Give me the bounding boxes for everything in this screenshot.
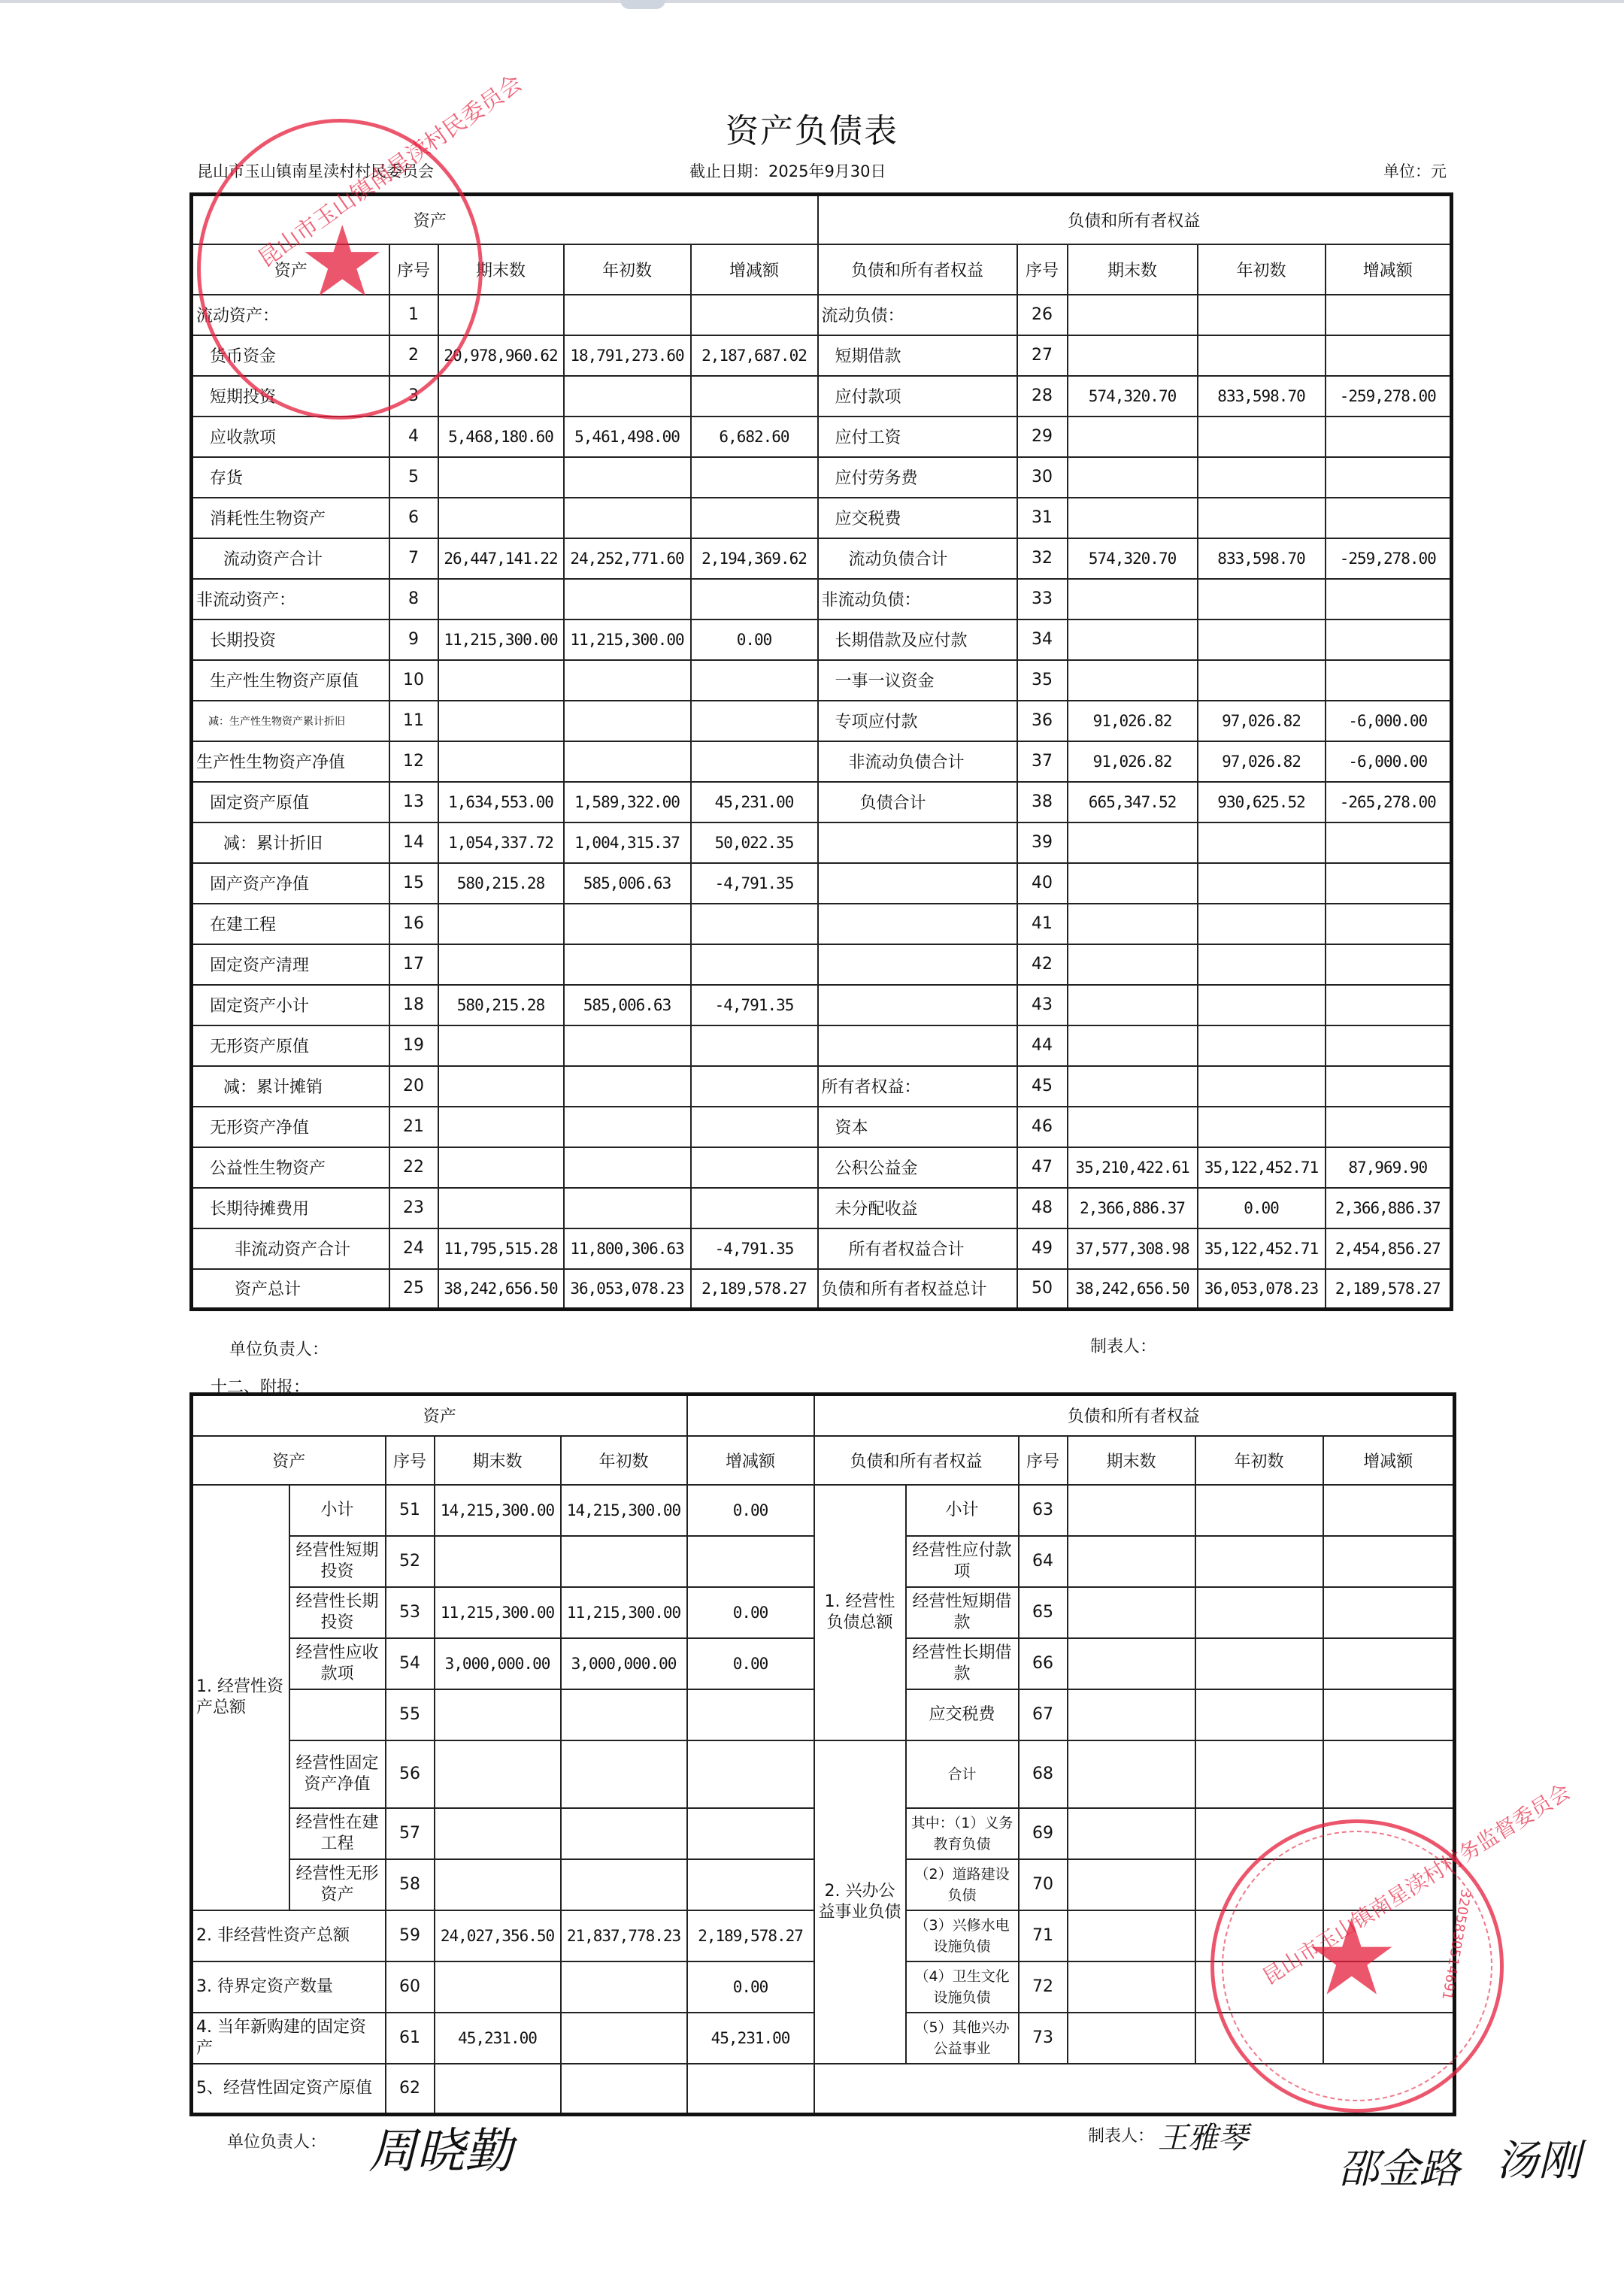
liab-begin-cell	[1198, 944, 1326, 985]
asset-seq-cell: 24	[389, 1228, 438, 1269]
supp-asset-seq-cell: 61	[386, 2013, 435, 2064]
supp-asset-change-cell: 0.00	[687, 1961, 814, 2013]
asset-begin-cell: 11,215,300.00	[564, 619, 691, 660]
supp-liab-value-cell	[1068, 1859, 1195, 1910]
liab-end-cell: 91,026.82	[1068, 701, 1198, 741]
supp-asset-begin-cell	[561, 1808, 687, 1859]
supp-asset-item-label: 3. 待界定资产数量	[192, 1961, 386, 2013]
supp-col-end: 期末数	[1068, 1436, 1195, 1485]
supp-asset-end-cell: 11,215,300.00	[435, 1587, 561, 1638]
liab-end-cell	[1068, 904, 1198, 944]
supp-asset-end-cell: 45,231.00	[435, 2013, 561, 2064]
asset-change-cell	[691, 1188, 818, 1228]
liabilities-group-header: 负债和所有者权益	[818, 195, 1452, 244]
liab-begin-cell	[1198, 619, 1326, 660]
asset-item-label: 货币资金	[192, 335, 389, 376]
liab-begin-cell	[1198, 417, 1326, 457]
asset-change-cell	[691, 498, 818, 538]
asset-item-label: 流动资产：	[192, 295, 389, 335]
liab-change-cell	[1326, 1107, 1452, 1147]
unit-head-label-2: 单位负责人：	[227, 2129, 326, 2152]
col-asset-item: 资产	[192, 244, 389, 295]
supp-liab-value-cell	[1068, 1587, 1195, 1638]
supp-liab-value-cell	[1323, 1638, 1455, 1689]
supp-asset-item-label: 小计	[289, 1485, 386, 1536]
asset-change-cell: 45,231.00	[691, 782, 818, 822]
asset-end-cell	[438, 1066, 564, 1107]
liab-change-cell: -259,278.00	[1326, 538, 1452, 579]
asset-seq-cell: 22	[389, 1147, 438, 1188]
liab-seq-cell: 46	[1017, 1107, 1068, 1147]
asset-begin-cell: 1,004,315.37	[564, 822, 691, 863]
asset-begin-cell	[564, 1107, 691, 1147]
supp-liab-value-cell	[1068, 1536, 1195, 1587]
supp-asset-begin-cell	[561, 1689, 687, 1740]
supp-asset-item-label: 经营性应收款项	[289, 1638, 386, 1689]
asset-seq-cell: 1	[389, 295, 438, 335]
supp-asset-begin-cell: 21,837,778.23	[561, 1910, 687, 1961]
supp-asset-change-cell: 45,231.00	[687, 2013, 814, 2064]
supp-liabilities-group-header: 负债和所有者权益	[814, 1395, 1455, 1436]
supp-asset-change-cell: 2,189,578.27	[687, 1910, 814, 1961]
supp-liab-value-cell	[1068, 2013, 1195, 2064]
asset-end-cell	[438, 457, 564, 498]
reviewer-signature-1: 邵金路	[1338, 2137, 1460, 2195]
liab-end-cell: 35,210,422.61	[1068, 1147, 1198, 1188]
supp-asset-begin-cell	[561, 1859, 687, 1910]
asset-end-cell	[438, 376, 564, 417]
asset-item-label: 流动资产合计	[192, 538, 389, 579]
supp-liab-value-cell	[1323, 1536, 1455, 1587]
table-row: 无形资产净值21资本46	[192, 1107, 1452, 1147]
supp-asset-begin-cell	[561, 1536, 687, 1587]
supp-liab-value-cell	[1068, 1740, 1195, 1808]
asset-begin-cell	[564, 295, 691, 335]
asset-item-label: 生产性生物资产原值	[192, 660, 389, 701]
liab-begin-cell: 833,598.70	[1198, 376, 1326, 417]
asset-seq-cell: 6	[389, 498, 438, 538]
liab-begin-cell: 97,026.82	[1198, 701, 1326, 741]
table-row: 固定资产小计18580,215.28585,006.63-4,791.3543	[192, 985, 1452, 1025]
liab-end-cell: 665,347.52	[1068, 782, 1198, 822]
liab-change-cell: -6,000.00	[1326, 741, 1452, 782]
liab-seq-cell: 40	[1017, 863, 1068, 904]
asset-end-cell	[438, 701, 564, 741]
supp-asset-change-cell	[687, 1689, 814, 1740]
asset-item-label: 存货	[192, 457, 389, 498]
supp-liab-seq-cell: 63	[1019, 1485, 1068, 1536]
liab-seq-cell: 36	[1017, 701, 1068, 741]
supp-asset-end-cell	[435, 1808, 561, 1859]
supp-asset-change-cell: 0.00	[687, 1485, 814, 1536]
asset-item-label: 非流动资产合计	[192, 1228, 389, 1269]
supp-liab-value-cell	[1323, 1689, 1455, 1740]
liab-change-cell	[1326, 417, 1452, 457]
asset-end-cell: 580,215.28	[438, 985, 564, 1025]
liab-seq-cell: 28	[1017, 376, 1068, 417]
supp-liab-item-label: （3）兴修水电设施负债	[906, 1910, 1019, 1961]
col-begin: 年初数	[1198, 244, 1326, 295]
liab-begin-cell: 0.00	[1198, 1188, 1326, 1228]
asset-change-cell	[691, 457, 818, 498]
supp-asset-end-cell: 3,000,000.00	[435, 1638, 561, 1689]
asset-item-label: 在建工程	[192, 904, 389, 944]
asset-change-cell	[691, 1025, 818, 1066]
asset-end-cell	[438, 741, 564, 782]
supp-col-seq: 序号	[386, 1436, 435, 1485]
table-row: 生产性生物资产净值12非流动负债合计3791,026.8297,026.82-6…	[192, 741, 1452, 782]
supp-liab-seq-cell: 66	[1019, 1638, 1068, 1689]
liab-item-label: 所有者权益合计	[818, 1228, 1017, 1269]
supp-asset-item-label: 2. 非经营性资产总额	[192, 1910, 386, 1961]
asset-change-cell	[691, 701, 818, 741]
liab-change-cell	[1326, 1025, 1452, 1066]
asset-end-cell	[438, 944, 564, 985]
supp-liab-value-cell	[1195, 1485, 1323, 1536]
asset-end-cell: 11,795,515.28	[438, 1228, 564, 1269]
asset-change-cell: -4,791.35	[691, 985, 818, 1025]
supp-asset-change-cell: 0.00	[687, 1638, 814, 1689]
supp-asset-seq-cell: 57	[386, 1808, 435, 1859]
asset-item-label: 减：生产性生物资产累计折旧	[192, 701, 389, 741]
asset-seq-cell: 10	[389, 660, 438, 701]
supp-asset-item-label: 经营性无形资产	[289, 1859, 386, 1910]
supp-liab-value-cell	[1195, 1638, 1323, 1689]
liab-end-cell: 37,577,308.98	[1068, 1228, 1198, 1269]
liab-begin-cell	[1198, 985, 1326, 1025]
liab-seq-cell: 33	[1017, 579, 1068, 619]
table-row: 减：生产性生物资产累计折旧11专项应付款3691,026.8297,026.82…	[192, 701, 1452, 741]
liab-end-cell: 2,366,886.37	[1068, 1188, 1198, 1228]
asset-change-cell	[691, 1147, 818, 1188]
table-row: 消耗性生物资产6应交税费31	[192, 498, 1452, 538]
liab-item-label	[818, 1025, 1017, 1066]
asset-change-cell: 2,187,687.02	[691, 335, 818, 376]
liab-begin-cell: 36,053,078.23	[1198, 1269, 1326, 1310]
supp-liab-value-cell	[1195, 1808, 1323, 1859]
liab-begin-cell	[1198, 1107, 1326, 1147]
liab-item-label: 未分配收益	[818, 1188, 1017, 1228]
liab-item-label: 非流动负债：	[818, 579, 1017, 619]
liab-change-cell	[1326, 863, 1452, 904]
organization-name: 昆山市玉山镇南星渎村村民委员会	[197, 159, 434, 182]
supp-asset-seq-cell: 62	[386, 2064, 435, 2115]
asset-seq-cell: 3	[389, 376, 438, 417]
supp-liab-seq-cell: 67	[1019, 1689, 1068, 1740]
asset-change-cell: 0.00	[691, 619, 818, 660]
liab-seq-cell: 34	[1017, 619, 1068, 660]
liab-begin-cell	[1198, 335, 1326, 376]
asset-change-cell: 6,682.60	[691, 417, 818, 457]
table-row: 公益性生物资产22公积公益金4735,210,422.6135,122,452.…	[192, 1147, 1452, 1188]
liab-begin-cell	[1198, 1066, 1326, 1107]
liab-end-cell	[1068, 944, 1198, 985]
liab-item-label: 流动负债：	[818, 295, 1017, 335]
liab-change-cell	[1326, 335, 1452, 376]
liab-seq-cell: 49	[1017, 1228, 1068, 1269]
asset-begin-cell: 24,252,771.60	[564, 538, 691, 579]
supp-liab-value-cell	[1195, 2013, 1323, 2064]
supp-asset-end-cell: 14,215,300.00	[435, 1485, 561, 1536]
supp-liab-seq-cell: 69	[1019, 1808, 1068, 1859]
supp-liab-value-cell	[1068, 1638, 1195, 1689]
asset-seq-cell: 11	[389, 701, 438, 741]
preparer-label: 制表人：	[1090, 1334, 1156, 1357]
asset-end-cell: 11,215,300.00	[438, 619, 564, 660]
supp-asset-end-cell	[435, 2064, 561, 2115]
supp-col-begin: 年初数	[561, 1436, 687, 1485]
liab-seq-cell: 38	[1017, 782, 1068, 822]
liab-end-cell	[1068, 660, 1198, 701]
asset-item-label: 公益性生物资产	[192, 1147, 389, 1188]
liab-change-cell: -265,278.00	[1326, 782, 1452, 822]
asset-seq-cell: 8	[389, 579, 438, 619]
supp-liab-item-label: （5）其他兴办公益事业	[906, 2013, 1019, 2064]
supp-liab-value-cell	[1068, 1961, 1195, 2013]
asset-end-cell: 1,054,337.72	[438, 822, 564, 863]
supp-asset-seq-cell: 60	[386, 1961, 435, 2013]
asset-item-label: 资产总计	[192, 1269, 389, 1310]
asset-end-cell	[438, 498, 564, 538]
asset-end-cell: 20,978,960.62	[438, 335, 564, 376]
supp-asset-item-label: 经营性在建工程	[289, 1808, 386, 1859]
supp-asset-begin-cell	[561, 2064, 687, 2115]
liab-end-cell	[1068, 1066, 1198, 1107]
supp-asset-item-label: 5、经营性固定资产原值	[192, 2064, 386, 2115]
liab-seq-cell: 35	[1017, 660, 1068, 701]
asset-end-cell	[438, 1188, 564, 1228]
liab-end-cell	[1068, 822, 1198, 863]
supp-asset-change-cell	[687, 2064, 814, 2115]
liab-end-cell	[1068, 1107, 1198, 1147]
supp-liab-item-label: 小计	[906, 1485, 1019, 1536]
liab-end-cell	[1068, 985, 1198, 1025]
table-row: 非流动资产合计2411,795,515.2811,800,306.63-4,79…	[192, 1228, 1452, 1269]
table-row: 在建工程1641	[192, 904, 1452, 944]
liab-item-label: 应交税费	[818, 498, 1017, 538]
asset-change-cell: 2,189,578.27	[691, 1269, 818, 1310]
liab-begin-cell	[1198, 1025, 1326, 1066]
liab-seq-cell: 44	[1017, 1025, 1068, 1066]
asset-change-cell: -4,791.35	[691, 863, 818, 904]
liab-begin-cell	[1198, 457, 1326, 498]
table-row: 非流动资产：8非流动负债：33	[192, 579, 1452, 619]
table-row: 流动资产合计726,447,141.2224,252,771.602,194,3…	[192, 538, 1452, 579]
asset-end-cell	[438, 660, 564, 701]
supp-liab-value-cell	[1068, 1485, 1195, 1536]
supp-liab-value-cell	[1195, 1859, 1323, 1910]
liab-begin-cell	[1198, 863, 1326, 904]
asset-seq-cell: 12	[389, 741, 438, 782]
liab-seq-cell: 42	[1017, 944, 1068, 985]
assets-group-header: 资产	[192, 195, 818, 244]
liab-change-cell	[1326, 904, 1452, 944]
supp-liab-seq-cell: 64	[1019, 1536, 1068, 1587]
col-change: 增减额	[1326, 244, 1452, 295]
supp-liab-item-label: 经营性应付款项	[906, 1536, 1019, 1587]
liab-begin-cell: 35,122,452.71	[1198, 1147, 1326, 1188]
liab-item-label: 一事一议资金	[818, 660, 1017, 701]
liab-item-label	[818, 822, 1017, 863]
asset-change-cell	[691, 295, 818, 335]
asset-item-label: 应收款项	[192, 417, 389, 457]
col-seq: 序号	[389, 244, 438, 295]
supp-table-row: 5、经营性固定资产原值62	[192, 2064, 1455, 2115]
table-row: 无形资产原值1944	[192, 1025, 1452, 1066]
liab-end-cell	[1068, 863, 1198, 904]
supp-col-begin: 年初数	[1195, 1436, 1323, 1485]
liab-end-cell	[1068, 498, 1198, 538]
liab-end-cell: 574,320.70	[1068, 376, 1198, 417]
supp-liab-seq-cell: 65	[1019, 1587, 1068, 1638]
liab-end-cell	[1068, 619, 1198, 660]
supp-asset-group-label: 1. 经营性资产总额	[192, 1485, 289, 1910]
asset-end-cell	[438, 1147, 564, 1188]
liab-item-label: 所有者权益：	[818, 1066, 1017, 1107]
liab-seq-cell: 50	[1017, 1269, 1068, 1310]
supp-asset-seq-cell: 55	[386, 1689, 435, 1740]
supp-asset-begin-cell	[561, 2013, 687, 2064]
supp-asset-seq-cell: 54	[386, 1638, 435, 1689]
liab-item-label: 非流动负债合计	[818, 741, 1017, 782]
asset-change-cell	[691, 579, 818, 619]
liab-seq-cell: 37	[1017, 741, 1068, 782]
table-row: 固定资产清理1742	[192, 944, 1452, 985]
liab-change-cell	[1326, 822, 1452, 863]
supp-liab-value-cell	[1068, 1910, 1195, 1961]
liab-item-label	[818, 904, 1017, 944]
asset-change-cell	[691, 1066, 818, 1107]
liab-change-cell	[1326, 944, 1452, 985]
supp-liab-seq-cell: 70	[1019, 1859, 1068, 1910]
supp-assets-group-header: 资产	[192, 1395, 687, 1436]
supp-liab-group-label: 1. 经营性负债总额	[814, 1485, 906, 1740]
asset-seq-cell: 5	[389, 457, 438, 498]
supp-asset-begin-cell	[561, 1961, 687, 2013]
supp-liab-value-cell	[1195, 1961, 1323, 2013]
asset-item-label: 固定资产原值	[192, 782, 389, 822]
liab-end-cell	[1068, 457, 1198, 498]
asset-seq-cell: 14	[389, 822, 438, 863]
asset-begin-cell	[564, 944, 691, 985]
asset-seq-cell: 7	[389, 538, 438, 579]
asset-seq-cell: 13	[389, 782, 438, 822]
supp-asset-end-cell: 24,027,356.50	[435, 1910, 561, 1961]
supp-asset-seq-cell: 58	[386, 1859, 435, 1910]
asset-change-cell	[691, 660, 818, 701]
supp-liab-value-cell	[1323, 1808, 1455, 1859]
col-begin: 年初数	[564, 244, 691, 295]
asset-begin-cell: 18,791,273.60	[564, 335, 691, 376]
liab-seq-cell: 27	[1017, 335, 1068, 376]
liab-item-label: 公积公益金	[818, 1147, 1017, 1188]
liab-change-cell	[1326, 619, 1452, 660]
liab-item-label: 应付劳务费	[818, 457, 1017, 498]
supp-liab-value-cell	[1195, 1740, 1323, 1808]
supp-blank-header	[687, 1395, 814, 1436]
supp-asset-seq-cell: 56	[386, 1740, 435, 1808]
asset-change-cell	[691, 904, 818, 944]
asset-begin-cell	[564, 1025, 691, 1066]
supp-asset-change-cell	[687, 1859, 814, 1910]
liab-item-label: 应付工资	[818, 417, 1017, 457]
liab-begin-cell	[1198, 822, 1326, 863]
liab-item-label: 负债合计	[818, 782, 1017, 822]
asset-end-cell: 38,242,656.50	[438, 1269, 564, 1310]
supp-liab-item-label: 经营性长期借款	[906, 1638, 1019, 1689]
table-row: 资产总计2538,242,656.5036,053,078.232,189,57…	[192, 1269, 1452, 1310]
supp-liab-group-label: 2. 兴办公益事业负债	[814, 1740, 906, 2064]
liab-end-cell	[1068, 1025, 1198, 1066]
liab-change-cell	[1326, 1066, 1452, 1107]
preparer-label-2: 制表人：	[1088, 2123, 1154, 2146]
col-seq: 序号	[1017, 244, 1068, 295]
liab-item-label: 流动负债合计	[818, 538, 1017, 579]
supp-liab-item-label: 经营性短期借款	[906, 1587, 1019, 1638]
table-row: 长期待摊费用23未分配收益482,366,886.370.002,366,886…	[192, 1188, 1452, 1228]
liab-end-cell: 574,320.70	[1068, 538, 1198, 579]
table-row: 短期投资3应付款项28574,320.70833,598.70-259,278.…	[192, 376, 1452, 417]
scan-notch	[620, 0, 665, 9]
reviewer-signature-2: 汤刚	[1496, 2128, 1580, 2188]
supp-asset-change-cell: 0.00	[687, 1587, 814, 1638]
asset-begin-cell: 36,053,078.23	[564, 1269, 691, 1310]
supp-asset-begin-cell: 14,215,300.00	[561, 1485, 687, 1536]
table-row: 固定资产原值131,634,553.001,589,322.0045,231.0…	[192, 782, 1452, 822]
asset-item-label: 长期投资	[192, 619, 389, 660]
liab-change-cell: 87,969.90	[1326, 1147, 1452, 1188]
asset-begin-cell	[564, 498, 691, 538]
liab-seq-cell: 29	[1017, 417, 1068, 457]
asset-item-label: 无形资产原值	[192, 1025, 389, 1066]
asset-seq-cell: 23	[389, 1188, 438, 1228]
asset-begin-cell	[564, 904, 691, 944]
asset-end-cell	[438, 904, 564, 944]
liab-seq-cell: 45	[1017, 1066, 1068, 1107]
asset-change-cell: -4,791.35	[691, 1228, 818, 1269]
liab-change-cell	[1326, 457, 1452, 498]
asset-change-cell: 2,194,369.62	[691, 538, 818, 579]
supp-liab-value-cell	[1323, 1485, 1455, 1536]
table-row: 长期投资911,215,300.0011,215,300.000.00长期借款及…	[192, 619, 1452, 660]
supp-asset-begin-cell: 11,215,300.00	[561, 1587, 687, 1638]
supp-asset-seq-cell: 52	[386, 1536, 435, 1587]
asset-item-label: 减：累计摊销	[192, 1066, 389, 1107]
liab-begin-cell	[1198, 660, 1326, 701]
asset-end-cell: 26,447,141.22	[438, 538, 564, 579]
asset-seq-cell: 25	[389, 1269, 438, 1310]
liab-seq-cell: 41	[1017, 904, 1068, 944]
liab-change-cell	[1326, 985, 1452, 1025]
table-row: 存货5应付劳务费30	[192, 457, 1452, 498]
asset-item-label: 固定资产小计	[192, 985, 389, 1025]
asset-seq-cell: 21	[389, 1107, 438, 1147]
asset-change-cell	[691, 376, 818, 417]
asset-item-label: 消耗性生物资产	[192, 498, 389, 538]
asset-item-label: 固产资产净值	[192, 863, 389, 904]
asset-item-label: 减：累计折旧	[192, 822, 389, 863]
scan-edge	[0, 0, 1624, 3]
asset-end-cell	[438, 295, 564, 335]
report-date: 截止日期：2025年9月30日	[689, 159, 886, 182]
asset-seq-cell: 2	[389, 335, 438, 376]
liab-end-cell	[1068, 295, 1198, 335]
supp-liab-value-cell	[1195, 1536, 1323, 1587]
col-end: 期末数	[438, 244, 564, 295]
asset-begin-cell: 585,006.63	[564, 863, 691, 904]
supplement-table: 资产 负债和所有者权益 资产 序号 期末数 年初数 增减额 负债和所有者权益 序…	[189, 1392, 1456, 2116]
unit-head-label: 单位负责人：	[229, 1337, 329, 1360]
